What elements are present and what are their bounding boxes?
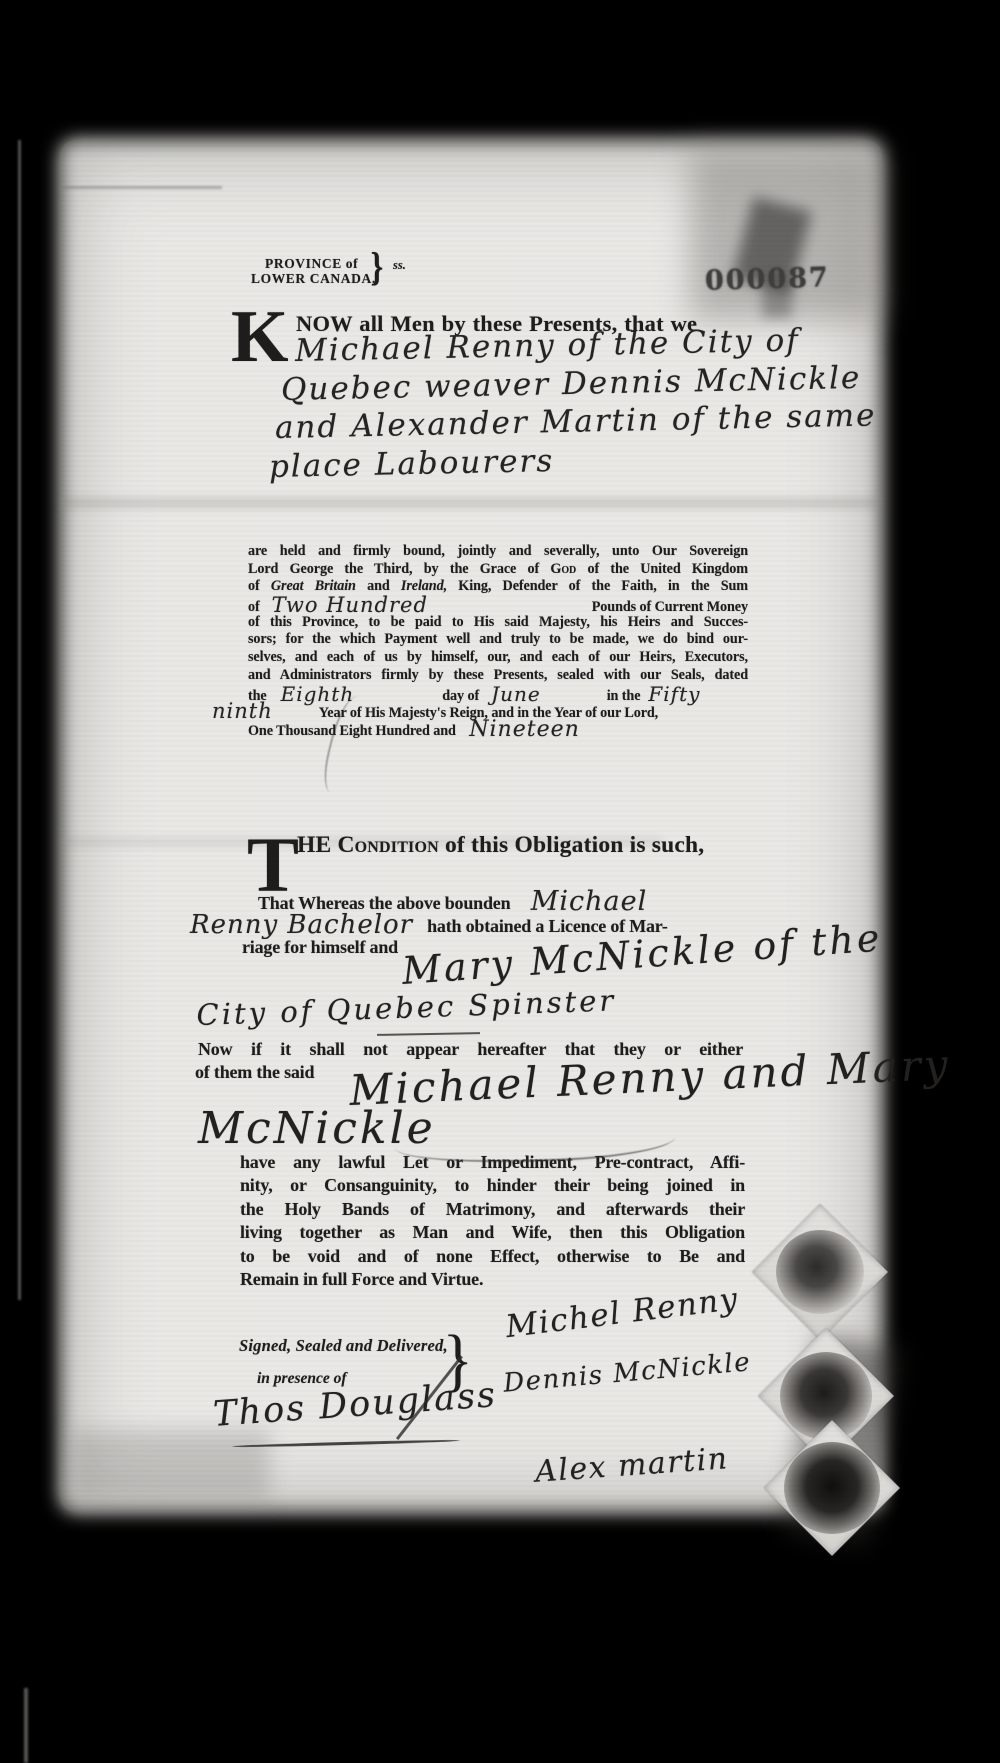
bond-text-smallcaps: God	[550, 561, 576, 577]
heading-text-smallcaps: Condition	[337, 832, 438, 858]
bond-text-italic: Ireland,	[401, 578, 447, 594]
principal-signature: Alex martin	[534, 1441, 730, 1489]
bond-opening-dropcap: K	[231, 300, 289, 374]
condition-heading: HE Condition of this Obligation is such,	[297, 832, 704, 859]
bond-text: of the United Kingdom	[576, 561, 748, 577]
bond-text: in the	[607, 688, 641, 706]
bond-text: and	[356, 578, 401, 594]
jurat-brace: }	[371, 247, 384, 287]
condition-paragraph: That Whereas the above bounden Michael R…	[203, 889, 743, 1292]
bond-line: sors; for the which Payment well and tru…	[248, 631, 748, 649]
bond-obligation-paragraph: are held and firmly bound, jointly and s…	[248, 543, 748, 738]
bond-text-italic: Great Britain	[271, 578, 356, 594]
condition-line: That Whereas the above bounden Michael	[203, 889, 743, 913]
condition-line: nity, or Consanguinity, to hinder their …	[240, 1174, 745, 1198]
signature-underline	[232, 1439, 460, 1448]
handwritten-parties-line: place Labourers	[269, 443, 555, 485]
heading-text: HE	[297, 832, 337, 858]
bond-line-date: the Eighth day of June in the Fifty	[248, 685, 748, 703]
handwritten-insert: Two Hundred	[272, 597, 428, 615]
bond-line: Lord George the Third, by the Grace of G…	[248, 561, 748, 579]
bond-line-sum: of Two Hundred Pounds of Current Money	[248, 596, 748, 614]
province-line-2: LOWER CANADA.	[251, 271, 376, 287]
condition-line: to be void and of none Effect, otherwise…	[240, 1245, 745, 1269]
handwritten-insert: Eighth	[281, 686, 355, 704]
bond-line: are held and firmly bound, jointly and s…	[248, 543, 748, 561]
bond-line-year: One Thousand Eight Hundred and Nineteen	[248, 720, 748, 738]
attestation-line-2: in presence of	[257, 1370, 347, 1388]
bond-text: One Thousand Eight Hundred and	[248, 723, 456, 739]
bond-text: day of	[442, 688, 479, 706]
scanned-document: PROVINCE of LOWER CANADA. } ss. 000087 K…	[0, 0, 1000, 1763]
witness-signature: Thos Douglass	[212, 1375, 498, 1435]
handwritten-insert: Fifty	[648, 686, 700, 704]
document-number-stamp: 000087	[705, 262, 831, 296]
jurat-abbreviation: ss.	[393, 258, 406, 273]
bond-text: King, Defender of the Faith, in the Sum	[447, 578, 748, 594]
attestation-line-1: Signed, Sealed and Delivered,	[239, 1336, 448, 1356]
handwritten-insert: June	[491, 686, 541, 704]
condition-line: Remain in full Force and Virtue.	[240, 1268, 743, 1292]
handwritten-insert: Nineteen	[469, 721, 580, 739]
bond-text: of	[248, 578, 271, 594]
handwritten-insert: ninth	[212, 703, 273, 721]
condition-line: living together as Man and Wife, then th…	[240, 1221, 745, 1245]
bond-text: Lord George the Third, by the Grace of	[248, 561, 550, 577]
bond-line: selves, and each of us by himself, our, …	[248, 649, 748, 667]
province-line-1: PROVINCE of	[265, 256, 358, 272]
document-content: PROVINCE of LOWER CANADA. } ss. 000087 K…	[0, 0, 1000, 1763]
handwritten-insert: Renny Bachelor	[190, 914, 413, 938]
heading-text: of this Obligation is such,	[439, 832, 704, 858]
principal-signature: Dennis McNickle	[502, 1347, 752, 1399]
condition-line: the Holy Bands of Matrimony, and afterwa…	[240, 1198, 745, 1222]
handwritten-insert: Michael	[531, 890, 648, 914]
